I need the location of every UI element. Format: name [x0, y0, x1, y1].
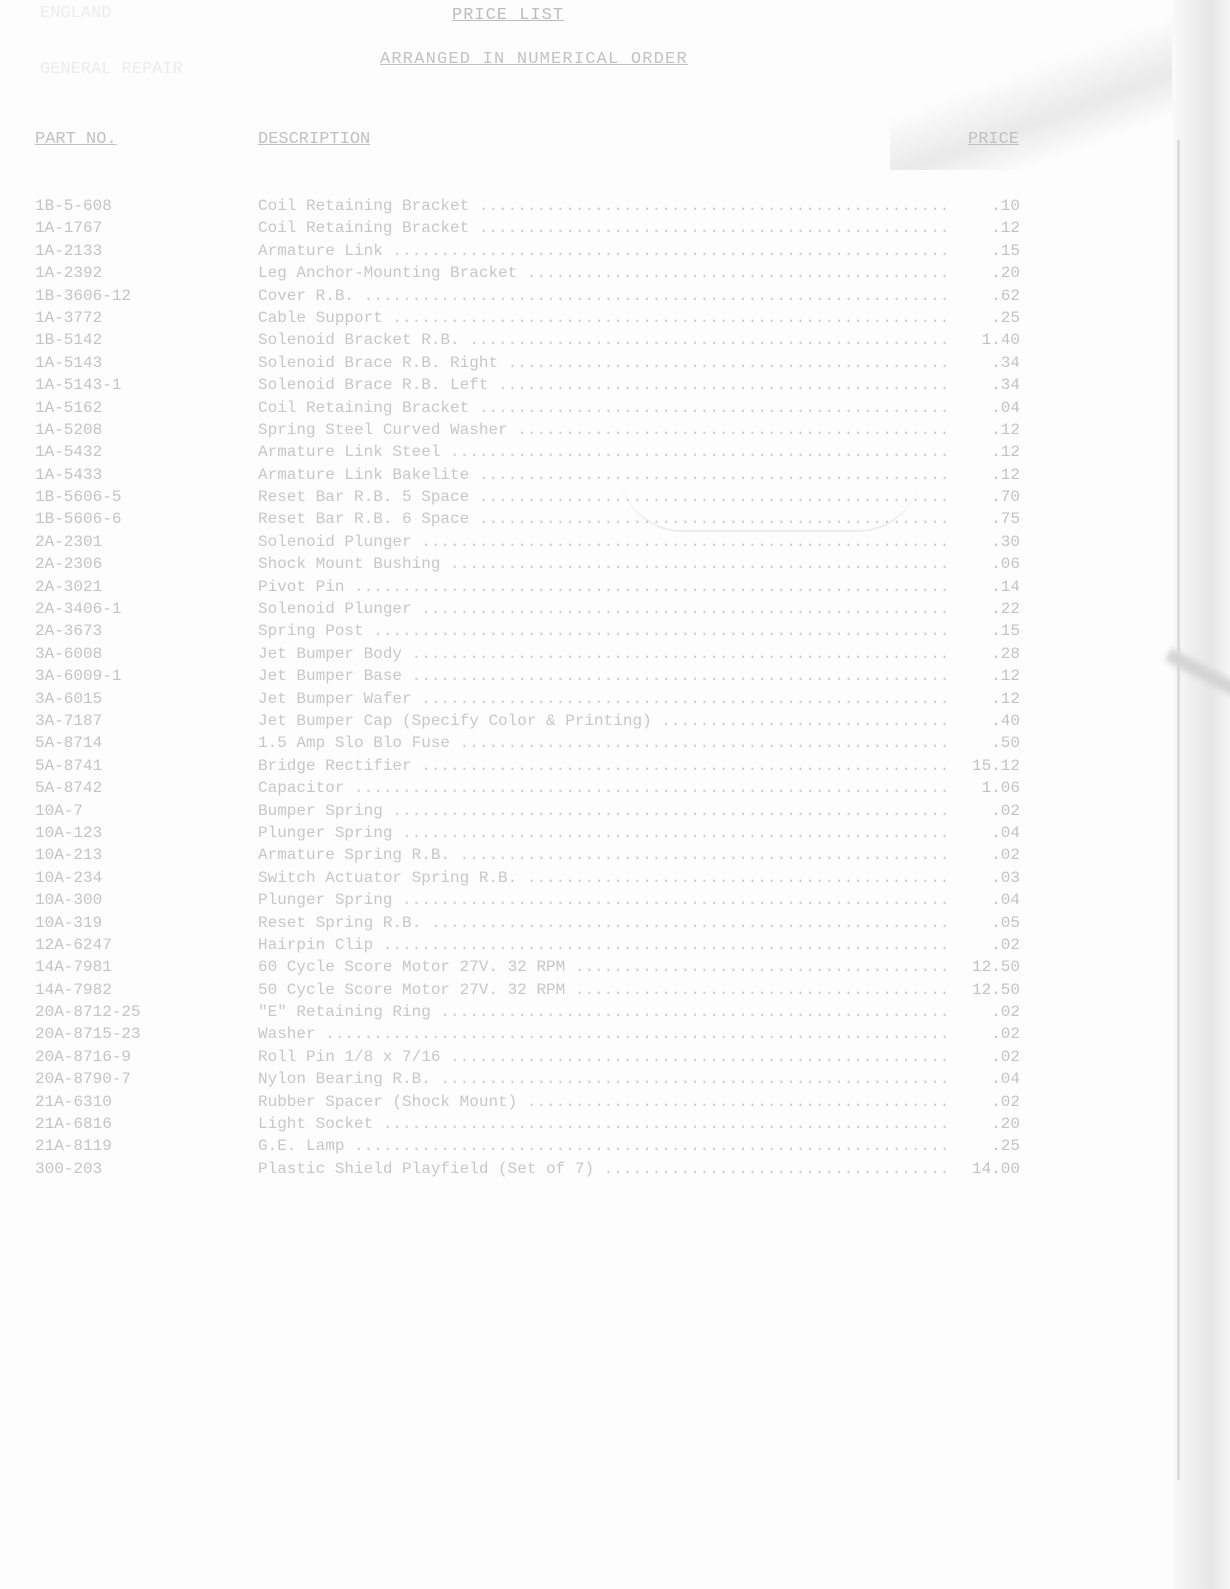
part-number: 2A-3673: [35, 620, 102, 642]
table-row: 1A-5433Armature Link Bakelite.12: [0, 464, 1100, 486]
part-description: Nylon Bearing R.B.: [258, 1068, 948, 1090]
part-description: Jet Bumper Body: [258, 643, 948, 665]
part-price: 12.50: [950, 979, 1020, 1001]
part-description: 1.5 Amp Slo Blo Fuse: [258, 732, 948, 754]
part-description: Roll Pin 1/8 x 7/16: [258, 1046, 948, 1068]
part-number: 1A-5143: [35, 352, 102, 374]
part-number: 10A-213: [35, 844, 102, 866]
part-number: 1A-1767: [35, 217, 102, 239]
part-number: 10A-123: [35, 822, 102, 844]
table-row: 5A-8741Bridge Rectifier15.12: [0, 755, 1100, 777]
part-price: .04: [950, 889, 1020, 911]
part-number: 20A-8715-23: [35, 1023, 141, 1045]
part-description: Armature Link Bakelite: [258, 464, 948, 486]
part-number: 3A-6015: [35, 688, 102, 710]
part-price: .02: [950, 1046, 1020, 1068]
part-price: .06: [950, 553, 1020, 575]
table-row: 1A-5432Armature Link Steel.12: [0, 441, 1100, 463]
part-description: Solenoid Brace R.B. Right: [258, 352, 948, 374]
part-number: 2A-3406-1: [35, 598, 121, 620]
table-row: 20A-8716-9Roll Pin 1/8 x 7/16.02: [0, 1046, 1100, 1068]
part-price: .02: [950, 934, 1020, 956]
part-price: .10: [950, 195, 1020, 217]
part-price: .12: [950, 419, 1020, 441]
part-price: .02: [950, 1001, 1020, 1023]
table-row: 2A-3021Pivot Pin.14: [0, 576, 1100, 598]
part-number: 21A-8119: [35, 1135, 112, 1157]
part-number: 3A-6009-1: [35, 665, 121, 687]
part-price: .15: [950, 240, 1020, 262]
part-price: 15.12: [950, 755, 1020, 777]
part-description: Coil Retaining Bracket: [258, 397, 948, 419]
table-row: 1B-5606-5Reset Bar R.B. 5 Space.70: [0, 486, 1100, 508]
part-description: Jet Bumper Wafer: [258, 688, 948, 710]
part-price: .25: [950, 307, 1020, 329]
table-row: 20A-8712-25"E" Retaining Ring.02: [0, 1001, 1100, 1023]
part-price: .15: [950, 620, 1020, 642]
table-row: 3A-6008Jet Bumper Body.28: [0, 643, 1100, 665]
part-price: .04: [950, 822, 1020, 844]
part-description: Bridge Rectifier: [258, 755, 948, 777]
part-price: .20: [950, 1113, 1020, 1135]
table-row: 1A-5143Solenoid Brace R.B. Right.34: [0, 352, 1100, 374]
part-description: Pivot Pin: [258, 576, 948, 598]
part-description: Coil Retaining Bracket: [258, 195, 948, 217]
table-row: 21A-8119G.E. Lamp.25: [0, 1135, 1100, 1157]
part-description: Light Socket: [258, 1113, 948, 1135]
part-price: .50: [950, 732, 1020, 754]
table-row: 10A-319Reset Spring R.B..05: [0, 912, 1100, 934]
part-price: 1.40: [950, 329, 1020, 351]
table-row: 5A-8742Capacitor1.06: [0, 777, 1100, 799]
part-number: 1A-5208: [35, 419, 102, 441]
part-number: 1A-5162: [35, 397, 102, 419]
part-description: Armature Link Steel: [258, 441, 948, 463]
table-row: 1A-1767Coil Retaining Bracket.12: [0, 217, 1100, 239]
part-price: .02: [950, 844, 1020, 866]
table-row: 10A-213Armature Spring R.B..02: [0, 844, 1100, 866]
part-number: 10A-319: [35, 912, 102, 934]
page-title: PRICE LIST: [452, 6, 564, 25]
part-description: Bumper Spring: [258, 800, 948, 822]
part-number: 1B-3606-12: [35, 285, 131, 307]
part-price: .02: [950, 1091, 1020, 1113]
part-description: Coil Retaining Bracket: [258, 217, 948, 239]
part-number: 1A-5432: [35, 441, 102, 463]
part-price: .25: [950, 1135, 1020, 1157]
part-description: Plunger Spring: [258, 889, 948, 911]
table-row: 1A-5162Coil Retaining Bracket.04: [0, 397, 1100, 419]
part-number: 1B-5142: [35, 329, 102, 351]
part-number: 1A-5143-1: [35, 374, 121, 396]
part-price: .12: [950, 441, 1020, 463]
part-price: .12: [950, 688, 1020, 710]
table-row: 5A-87141.5 Amp Slo Blo Fuse.50: [0, 732, 1100, 754]
part-description: Plunger Spring: [258, 822, 948, 844]
part-price: .75: [950, 508, 1020, 530]
part-number: 10A-7: [35, 800, 83, 822]
table-row: 1A-2133Armature Link.15: [0, 240, 1100, 262]
part-number: 14A-7981: [35, 956, 112, 978]
table-row: 20A-8790-7Nylon Bearing R.B..04: [0, 1068, 1100, 1090]
part-price: .04: [950, 1068, 1020, 1090]
part-price: 14.00: [950, 1158, 1020, 1180]
part-description: G.E. Lamp: [258, 1135, 948, 1157]
part-description: Shock Mount Bushing: [258, 553, 948, 575]
part-price: .12: [950, 217, 1020, 239]
part-description: Capacitor: [258, 777, 948, 799]
table-row: 3A-6015Jet Bumper Wafer.12: [0, 688, 1100, 710]
table-row: 10A-300Plunger Spring.04: [0, 889, 1100, 911]
part-price: .28: [950, 643, 1020, 665]
part-price: .30: [950, 531, 1020, 553]
page-subtitle: ARRANGED IN NUMERICAL ORDER: [380, 50, 688, 69]
table-row: 1B-3606-12Cover R.B..62: [0, 285, 1100, 307]
part-description: Spring Post: [258, 620, 948, 642]
table-row: 2A-3406-1Solenoid Plunger.22: [0, 598, 1100, 620]
part-description: Leg Anchor-Mounting Bracket: [258, 262, 948, 284]
part-price: .62: [950, 285, 1020, 307]
table-row: 20A-8715-23Washer.02: [0, 1023, 1100, 1045]
part-number: 5A-8714: [35, 732, 102, 754]
table-row: 1B-5606-6Reset Bar R.B. 6 Space.75: [0, 508, 1100, 530]
table-row: 10A-123Plunger Spring.04: [0, 822, 1100, 844]
part-number: 300-203: [35, 1158, 102, 1180]
part-description: Washer: [258, 1023, 948, 1045]
part-description: Cover R.B.: [258, 285, 948, 307]
page-edge-line: [1177, 140, 1180, 1480]
part-description: Spring Steel Curved Washer: [258, 419, 948, 441]
part-description: Switch Actuator Spring R.B.: [258, 867, 948, 889]
part-description: Armature Spring R.B.: [258, 844, 948, 866]
part-price: .70: [950, 486, 1020, 508]
table-row: 2A-3673Spring Post.15: [0, 620, 1100, 642]
part-price: .12: [950, 464, 1020, 486]
part-price: .34: [950, 352, 1020, 374]
part-number: 20A-8790-7: [35, 1068, 131, 1090]
part-number: 12A-6247: [35, 934, 112, 956]
table-row: 1B-5-608Coil Retaining Bracket.10: [0, 195, 1100, 217]
part-number: 1A-2133: [35, 240, 102, 262]
part-description: 50 Cycle Score Motor 27V. 32 RPM: [258, 979, 948, 1001]
table-row: 10A-7Bumper Spring.02: [0, 800, 1100, 822]
part-description: Plastic Shield Playfield (Set of 7): [258, 1158, 948, 1180]
part-number: 3A-7187: [35, 710, 102, 732]
part-price: .34: [950, 374, 1020, 396]
table-row: 2A-2301Solenoid Plunger.30: [0, 531, 1100, 553]
part-price: .22: [950, 598, 1020, 620]
table-row: 1A-5208Spring Steel Curved Washer.12: [0, 419, 1100, 441]
part-price: .04: [950, 397, 1020, 419]
table-row: 3A-7187Jet Bumper Cap (Specify Color & P…: [0, 710, 1100, 732]
part-price: .14: [950, 576, 1020, 598]
part-number: 21A-6310: [35, 1091, 112, 1113]
table-row: 14A-798250 Cycle Score Motor 27V. 32 RPM…: [0, 979, 1100, 1001]
part-number: 10A-234: [35, 867, 102, 889]
part-price: 1.06: [950, 777, 1020, 799]
part-number: 20A-8716-9: [35, 1046, 131, 1068]
part-price: .40: [950, 710, 1020, 732]
table-row: 12A-6247Hairpin Clip.02: [0, 934, 1100, 956]
part-description: Jet Bumper Cap (Specify Color & Printing…: [258, 710, 948, 732]
part-description: Hairpin Clip: [258, 934, 948, 956]
part-number: 1B-5606-5: [35, 486, 121, 508]
part-number: 2A-2301: [35, 531, 102, 553]
part-number: 1A-2392: [35, 262, 102, 284]
part-number: 1A-5433: [35, 464, 102, 486]
part-description: Solenoid Brace R.B. Left: [258, 374, 948, 396]
bleed-through-text: ENGLAND: [40, 4, 111, 23]
part-description: Rubber Spacer (Shock Mount): [258, 1091, 948, 1113]
part-number: 14A-7982: [35, 979, 112, 1001]
part-number: 1B-5606-6: [35, 508, 121, 530]
part-price: .12: [950, 665, 1020, 687]
price-list-table: 1B-5-608Coil Retaining Bracket.101A-1767…: [0, 195, 1100, 1180]
table-row: 2A-2306Shock Mount Bushing.06: [0, 553, 1100, 575]
part-description: Solenoid Plunger: [258, 531, 948, 553]
part-number: 1B-5-608: [35, 195, 112, 217]
column-header-price: PRICE: [968, 130, 1019, 149]
part-description: 60 Cycle Score Motor 27V. 32 RPM: [258, 956, 948, 978]
table-row: 1A-2392Leg Anchor-Mounting Bracket.20: [0, 262, 1100, 284]
table-row: 21A-6310Rubber Spacer (Shock Mount).02: [0, 1091, 1100, 1113]
column-header-description: DESCRIPTION: [258, 130, 370, 149]
document-page: ENGLAND GENERAL REPAIR PRICE LIST ARRANG…: [0, 0, 1230, 1589]
table-row: 21A-6816Light Socket.20: [0, 1113, 1100, 1135]
part-price: .02: [950, 800, 1020, 822]
part-description: "E" Retaining Ring: [258, 1001, 948, 1023]
part-description: Reset Bar R.B. 6 Space: [258, 508, 948, 530]
table-row: 10A-234Switch Actuator Spring R.B..03: [0, 867, 1100, 889]
part-price: .20: [950, 262, 1020, 284]
part-number: 10A-300: [35, 889, 102, 911]
part-description: Jet Bumper Base: [258, 665, 948, 687]
part-number: 2A-2306: [35, 553, 102, 575]
table-row: 1A-5143-1Solenoid Brace R.B. Left.34: [0, 374, 1100, 396]
part-number: 20A-8712-25: [35, 1001, 141, 1023]
table-row: 1B-5142Solenoid Bracket R.B.1.40: [0, 329, 1100, 351]
part-description: Armature Link: [258, 240, 948, 262]
part-number: 5A-8742: [35, 777, 102, 799]
column-header-part-no: PART NO.: [35, 130, 117, 149]
table-row: 14A-798160 Cycle Score Motor 27V. 32 RPM…: [0, 956, 1100, 978]
part-description: Solenoid Bracket R.B.: [258, 329, 948, 351]
bleed-through-text-2: GENERAL REPAIR: [40, 60, 183, 79]
part-description: Reset Spring R.B.: [258, 912, 948, 934]
part-number: 3A-6008: [35, 643, 102, 665]
table-row: 3A-6009-1Jet Bumper Base.12: [0, 665, 1100, 687]
part-price: .05: [950, 912, 1020, 934]
page-edge-shadow: [1172, 0, 1230, 1589]
table-row: 1A-3772Cable Support.25: [0, 307, 1100, 329]
part-price: .03: [950, 867, 1020, 889]
part-description: Solenoid Plunger: [258, 598, 948, 620]
part-number: 21A-6816: [35, 1113, 112, 1135]
part-price: .02: [950, 1023, 1020, 1045]
part-number: 1A-3772: [35, 307, 102, 329]
part-description: Reset Bar R.B. 5 Space: [258, 486, 948, 508]
part-description: Cable Support: [258, 307, 948, 329]
part-number: 2A-3021: [35, 576, 102, 598]
table-row: 300-203Plastic Shield Playfield (Set of …: [0, 1158, 1100, 1180]
part-price: 12.50: [950, 956, 1020, 978]
part-number: 5A-8741: [35, 755, 102, 777]
